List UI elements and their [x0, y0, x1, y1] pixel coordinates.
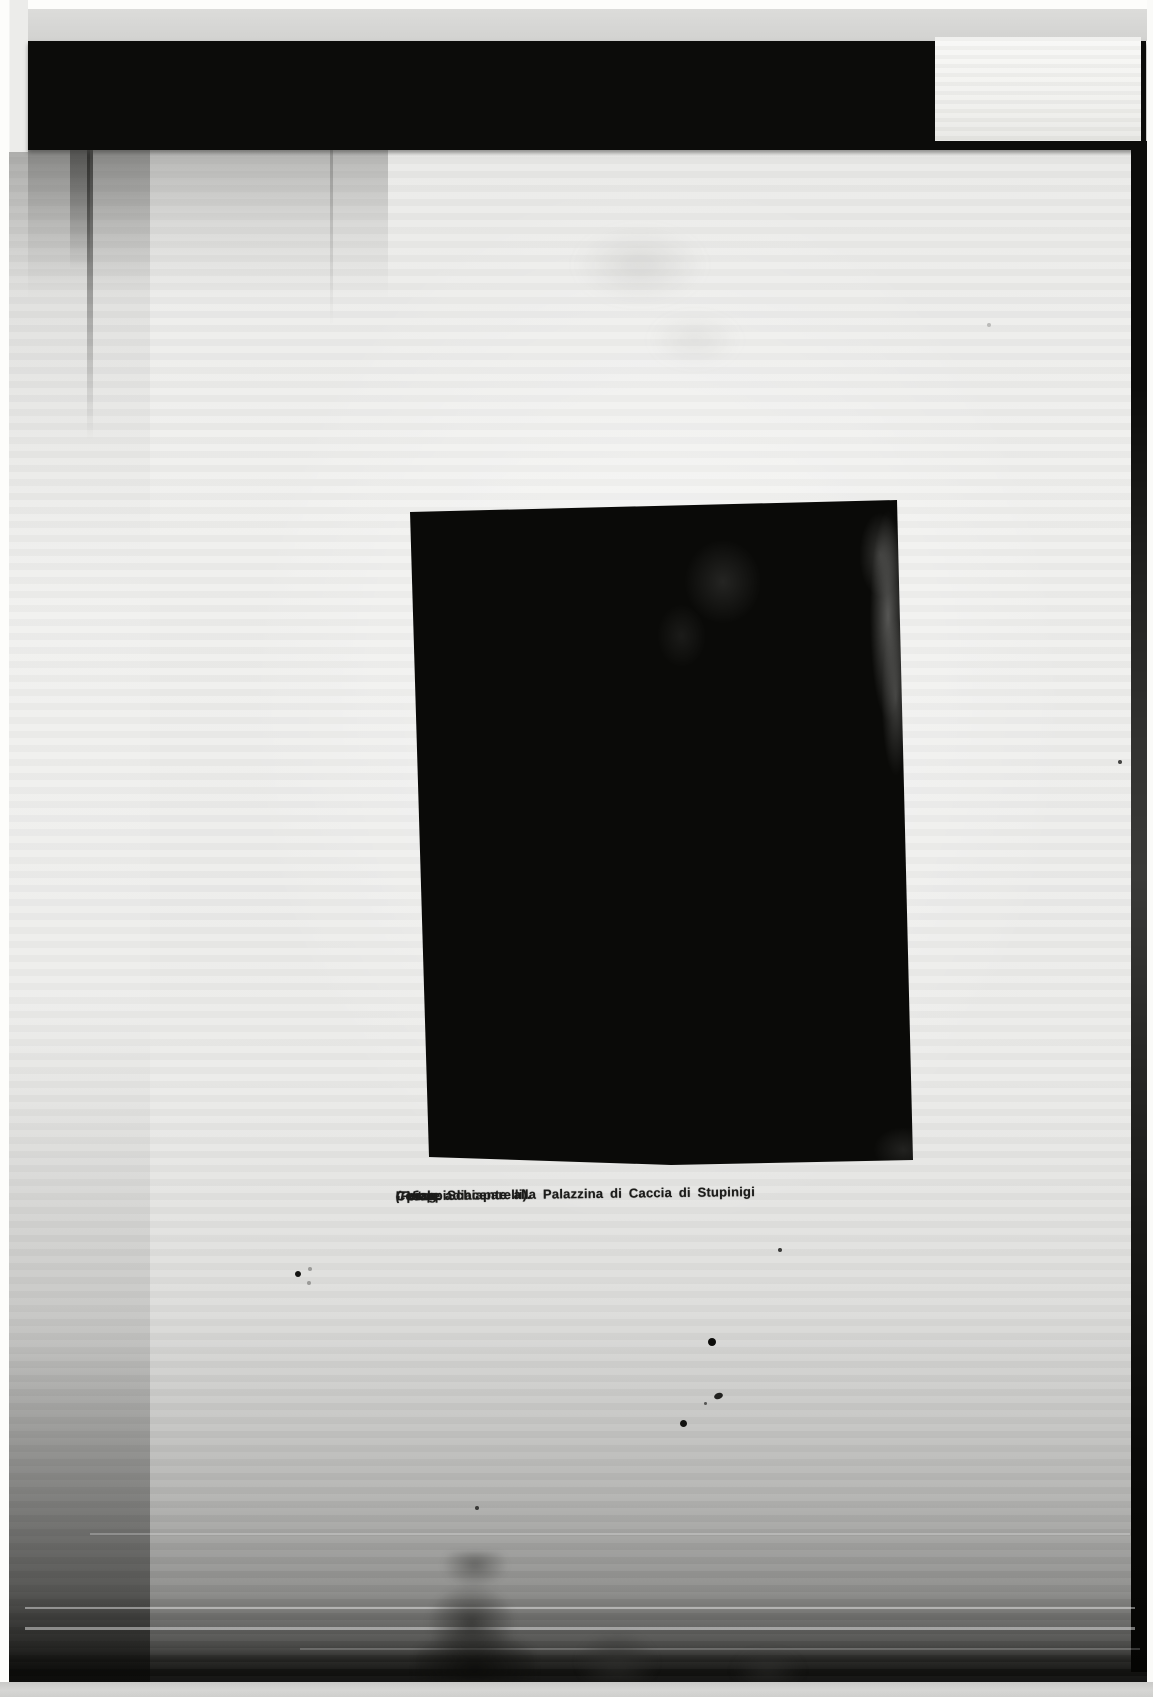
ink-speck	[987, 323, 991, 327]
scan-edge-left	[0, 0, 9, 1697]
ink-speck	[475, 1506, 479, 1510]
show-through-smudge	[640, 310, 750, 370]
ink-speck	[307, 1281, 311, 1285]
scanned-book-page: I pioppi - Viale adiacente alla Palazzin…	[0, 0, 1153, 1697]
ink-speck	[1118, 760, 1122, 764]
scan-edge-right	[1147, 0, 1153, 1697]
bottom-smudge	[415, 1552, 535, 1680]
bottom-smudge	[728, 1638, 808, 1684]
ink-speck	[308, 1267, 312, 1271]
scan-edge-bottom	[0, 1682, 1153, 1697]
photo-caption: I pioppi - Viale adiacente alla Palazzin…	[396, 1177, 957, 1240]
caption-line-2: (Fotog. Cesare Schiaparelli).	[396, 1182, 531, 1210]
label-patch	[935, 37, 1141, 141]
bottom-smudge	[572, 1612, 662, 1682]
page-seam-line	[330, 150, 333, 325]
scratch-line	[90, 1533, 1130, 1535]
ink-speck	[680, 1420, 687, 1427]
frame-right-bar	[1131, 141, 1147, 1672]
book-gutter-shading	[0, 150, 150, 1682]
ink-speck	[708, 1338, 716, 1346]
show-through-smudge	[560, 220, 720, 310]
caption-photographer-label: (Fotog.	[396, 1183, 442, 1210]
photo-plate	[403, 494, 919, 1170]
scratch-line	[25, 1607, 1135, 1609]
ink-speck	[704, 1402, 707, 1405]
scan-edge-top	[0, 0, 1153, 9]
ink-speck	[295, 1271, 301, 1277]
ink-speck	[778, 1248, 782, 1252]
